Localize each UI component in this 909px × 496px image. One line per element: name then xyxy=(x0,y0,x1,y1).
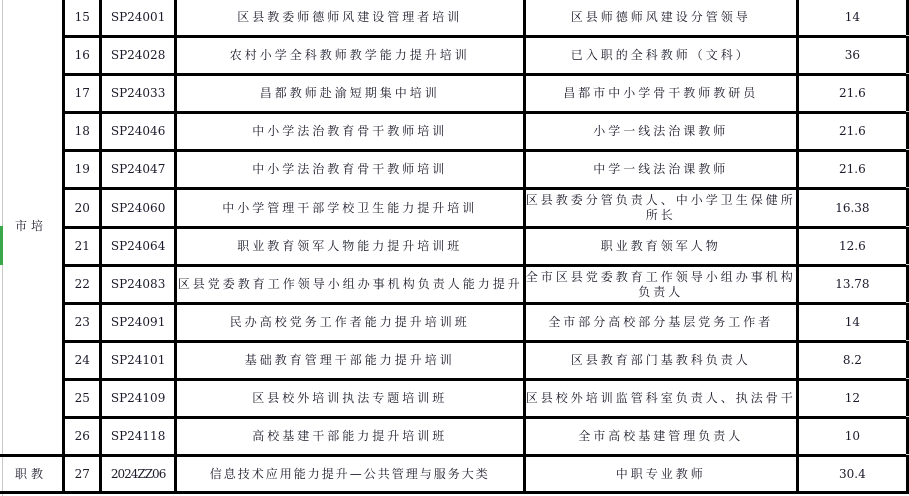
target-cell[interactable]: 小学一线法治课教师 xyxy=(524,113,797,151)
target-cell[interactable]: 区县师德师风建设分管领导 xyxy=(524,0,797,37)
hours-cell[interactable]: 21.6 xyxy=(797,151,907,189)
code-cell[interactable]: SP24109 xyxy=(101,380,175,418)
hours-cell[interactable]: 30.4 xyxy=(797,456,907,493)
project-name-cell[interactable]: 职业教育领军人物能力提升培训班 xyxy=(175,228,524,266)
target-cell[interactable]: 已入职的全科教师（文科） xyxy=(524,37,797,75)
target-cell[interactable]: 中职专业教师 xyxy=(524,456,797,493)
seq-cell[interactable]: 15 xyxy=(63,0,101,37)
table-row[interactable]: 16 SP24028 农村小学全科教师教学能力提升培训 已入职的全科教师（文科）… xyxy=(0,37,908,75)
category-cell-zhijiao[interactable]: 职教 xyxy=(0,456,63,493)
hours-cell[interactable]: 13.78 xyxy=(797,266,907,304)
project-name-cell[interactable]: 昌都教师赴渝短期集中培训 xyxy=(175,75,524,113)
table-row[interactable]: 22 SP24083 市区县党委教育工作领导小组办事机构负责人能力提升培训 全市… xyxy=(0,266,908,304)
seq-cell[interactable]: 23 xyxy=(63,304,101,342)
project-name-cell[interactable]: 基础教育管理干部能力提升培训 xyxy=(175,342,524,380)
code-cell[interactable]: SP24046 xyxy=(101,113,175,151)
target-cell[interactable]: 职业教育领军人物 xyxy=(524,228,797,266)
table-row[interactable]: 26 SP24118 高校基建干部能力提升培训班 全市高校基建管理负责人 10 xyxy=(0,418,908,456)
table-row[interactable]: 19 SP24047 中小学法治教育骨干教师培训 中学一线法治课教师 21.6 xyxy=(0,151,908,189)
project-name-cell-overflow[interactable]: 市区县党委教育工作领导小组办事机构负责人能力提升培训 xyxy=(175,266,524,304)
code-cell[interactable]: 2024ZZ06 xyxy=(101,456,175,493)
category-cell-shipei[interactable]: 市培 xyxy=(0,0,63,456)
target-cell[interactable]: 区县教委分管负责人、中小学卫生保健所所长 xyxy=(524,189,797,228)
target-cell[interactable]: 全市区县党委教育工作领导小组办事机构负责人 xyxy=(524,266,797,304)
target-cell[interactable]: 区县校外培训监管科室负责人、执法骨干 xyxy=(524,380,797,418)
project-name-cell[interactable]: 中小学管理干部学校卫生能力提升培训 xyxy=(175,189,524,228)
code-cell[interactable]: SP24047 xyxy=(101,151,175,189)
target-cell[interactable]: 区县教育部门基教科负责人 xyxy=(524,342,797,380)
seq-cell[interactable]: 19 xyxy=(63,151,101,189)
project-name-cell[interactable]: 信息技术应用能力提升—公共管理与服务大类 xyxy=(175,456,524,493)
table-row[interactable]: 24 SP24101 基础教育管理干部能力提升培训 区县教育部门基教科负责人 8… xyxy=(0,342,908,380)
hours-cell[interactable]: 21.6 xyxy=(797,113,907,151)
seq-cell[interactable]: 16 xyxy=(63,37,101,75)
table-row[interactable]: 市培 15 SP24001 区县教委师德师风建设管理者培训 区县师德师风建设分管… xyxy=(0,0,908,37)
project-name-cell[interactable]: 民办高校党务工作者能力提升培训班 xyxy=(175,304,524,342)
target-cell[interactable]: 昌都市中小学骨干教师教研员 xyxy=(524,75,797,113)
seq-cell[interactable]: 17 xyxy=(63,75,101,113)
project-name-overflow-text: 市区县党委教育工作领导小组办事机构负责人能力提升培训 xyxy=(175,277,524,292)
hours-cell[interactable]: 21.6 xyxy=(797,75,907,113)
hours-cell[interactable]: 12 xyxy=(797,380,907,418)
hours-cell[interactable]: 14 xyxy=(797,304,907,342)
table-row[interactable]: 职教 27 2024ZZ06 信息技术应用能力提升—公共管理与服务大类 中职专业… xyxy=(0,456,908,493)
project-name-cell[interactable]: 中小学法治教育骨干教师培训 xyxy=(175,113,524,151)
code-cell[interactable]: SP24064 xyxy=(101,228,175,266)
code-cell[interactable]: SP24091 xyxy=(101,304,175,342)
code-cell[interactable]: SP24028 xyxy=(101,37,175,75)
seq-cell[interactable]: 20 xyxy=(63,189,101,228)
project-name-cell[interactable]: 农村小学全科教师教学能力提升培训 xyxy=(175,37,524,75)
code-cell[interactable]: SP24083 xyxy=(101,266,175,304)
code-cell[interactable]: SP24001 xyxy=(101,0,175,37)
hours-cell[interactable]: 36 xyxy=(797,37,907,75)
table-row[interactable]: 20 SP24060 中小学管理干部学校卫生能力提升培训 区县教委分管负责人、中… xyxy=(0,189,908,228)
project-name-cell[interactable]: 区县教委师德师风建设管理者培训 xyxy=(175,0,524,37)
project-name-cell[interactable]: 中小学法治教育骨干教师培训 xyxy=(175,151,524,189)
seq-cell[interactable]: 24 xyxy=(63,342,101,380)
code-cell[interactable]: SP24118 xyxy=(101,418,175,456)
table-row[interactable]: 18 SP24046 中小学法治教育骨干教师培训 小学一线法治课教师 21.6 xyxy=(0,113,908,151)
target-cell[interactable]: 全市高校基建管理负责人 xyxy=(524,418,797,456)
project-name-cell[interactable]: 区县校外培训执法专题培训班 xyxy=(175,380,524,418)
seq-cell[interactable]: 21 xyxy=(63,228,101,266)
seq-cell[interactable]: 25 xyxy=(63,380,101,418)
code-cell[interactable]: SP24033 xyxy=(101,75,175,113)
target-cell[interactable]: 中学一线法治课教师 xyxy=(524,151,797,189)
hours-cell[interactable]: 8.2 xyxy=(797,342,907,380)
hours-cell[interactable]: 12.6 xyxy=(797,228,907,266)
hours-cell[interactable]: 14 xyxy=(797,0,907,37)
table-row[interactable]: 23 SP24091 民办高校党务工作者能力提升培训班 全市部分高校部分基层党务… xyxy=(0,304,908,342)
spreadsheet-view: 市培 15 SP24001 区县教委师德师风建设管理者培训 区县师德师风建设分管… xyxy=(0,0,909,496)
hours-cell[interactable]: 10 xyxy=(797,418,907,456)
project-name-cell[interactable]: 高校基建干部能力提升培训班 xyxy=(175,418,524,456)
code-cell[interactable]: SP24101 xyxy=(101,342,175,380)
table-row[interactable]: 25 SP24109 区县校外培训执法专题培训班 区县校外培训监管科室负责人、执… xyxy=(0,380,908,418)
target-cell[interactable]: 全市部分高校部分基层党务工作者 xyxy=(524,304,797,342)
training-table: 市培 15 SP24001 区县教委师德师风建设管理者培训 区县师德师风建设分管… xyxy=(0,0,909,494)
code-cell[interactable]: SP24060 xyxy=(101,189,175,228)
seq-cell[interactable]: 26 xyxy=(63,418,101,456)
seq-cell[interactable]: 27 xyxy=(63,456,101,493)
table-row[interactable]: 17 SP24033 昌都教师赴渝短期集中培训 昌都市中小学骨干教师教研员 21… xyxy=(0,75,908,113)
seq-cell[interactable]: 18 xyxy=(63,113,101,151)
hours-cell[interactable]: 16.38 xyxy=(797,189,907,228)
table-row[interactable]: 21 SP24064 职业教育领军人物能力提升培训班 职业教育领军人物 12.6 xyxy=(0,228,908,266)
seq-cell[interactable]: 22 xyxy=(63,266,101,304)
